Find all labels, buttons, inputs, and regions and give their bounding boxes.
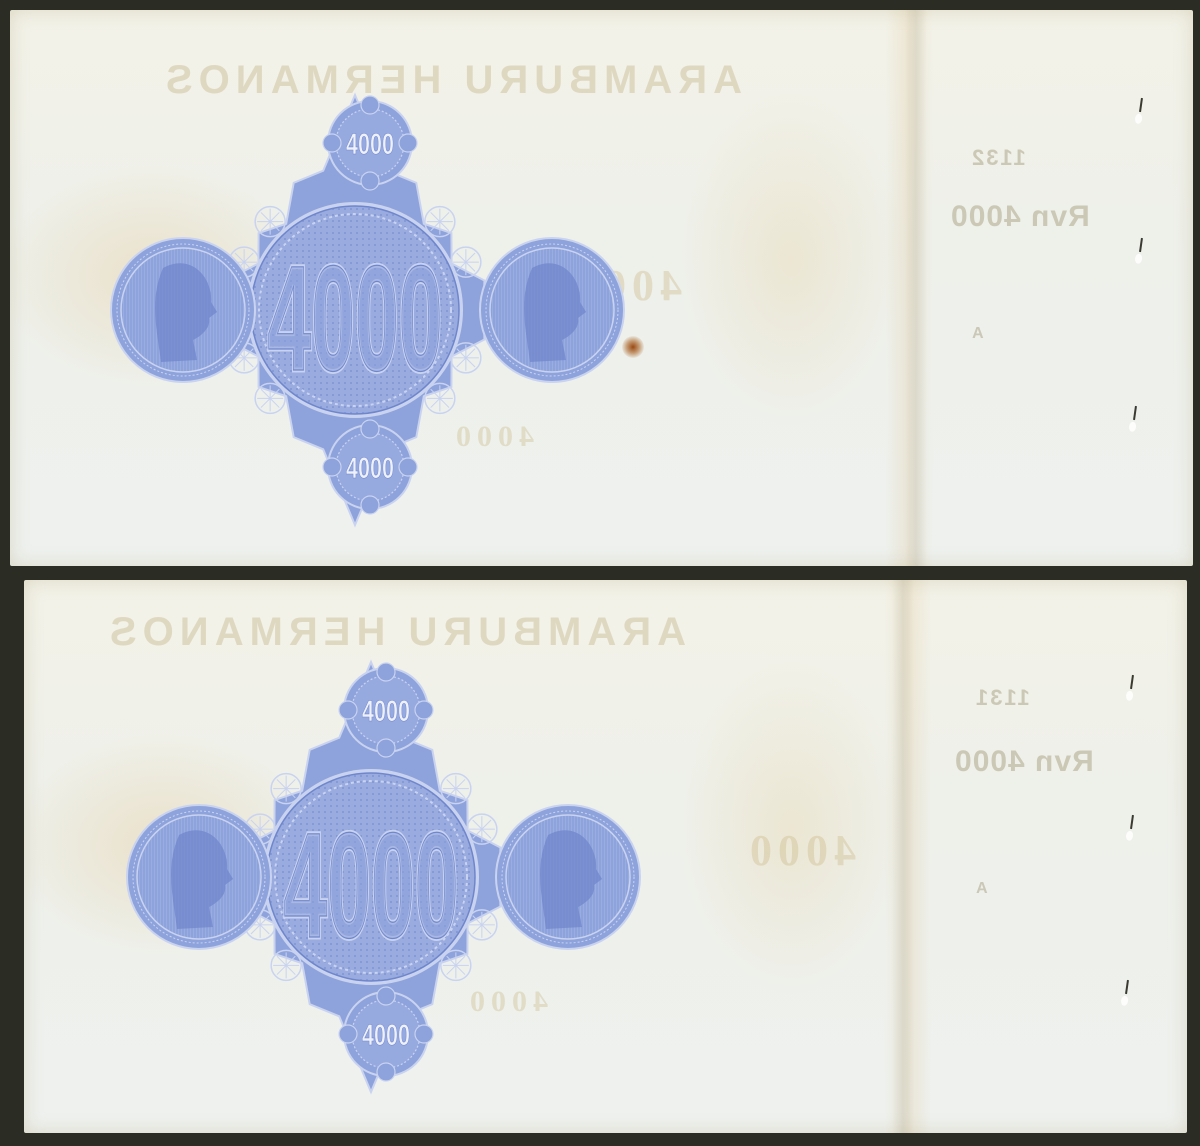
pinhole-mark bbox=[1139, 98, 1143, 112]
pinhole-mark bbox=[1125, 980, 1129, 994]
pinhole-mark bbox=[1139, 238, 1143, 252]
svg-text:4000: 4000 bbox=[362, 695, 410, 728]
svg-text:4000: 4000 bbox=[268, 234, 443, 402]
series-mark-bleed-through: A bbox=[970, 325, 984, 343]
banknote-bottom: ARAMBURU HERMANOS 4000 4000 1131 Rvn 400… bbox=[24, 580, 1187, 1133]
svg-text:4000: 4000 bbox=[362, 1019, 410, 1052]
denomination-medallion: 4000400040004000 bbox=[90, 80, 590, 540]
svg-text:4000: 4000 bbox=[346, 452, 394, 485]
fold-line bbox=[905, 10, 927, 566]
serial-number-bleed-through: 1132 bbox=[970, 145, 1026, 171]
amount-bleed-through: Rvn 4000 bbox=[950, 200, 1090, 234]
denomination-medallion: 4000400040004000 bbox=[106, 647, 606, 1107]
series-mark-bleed-through: A bbox=[974, 880, 988, 898]
svg-text:4000: 4000 bbox=[284, 801, 459, 969]
rust-spot bbox=[622, 336, 644, 358]
pinhole-mark bbox=[1130, 675, 1134, 689]
banknote-top: ARAMBURU HERMANOS 4000 4000 1132 Rvn 400… bbox=[10, 10, 1193, 566]
pinhole-mark bbox=[1133, 406, 1137, 420]
pinhole-mark bbox=[1130, 815, 1134, 829]
amount-bleed-through: Rvn 4000 bbox=[954, 745, 1094, 779]
fold-line bbox=[892, 580, 914, 1133]
center-value-bleed-through: 4000 bbox=[744, 825, 856, 876]
serial-number-bleed-through: 1131 bbox=[974, 685, 1030, 711]
svg-text:4000: 4000 bbox=[346, 128, 394, 161]
